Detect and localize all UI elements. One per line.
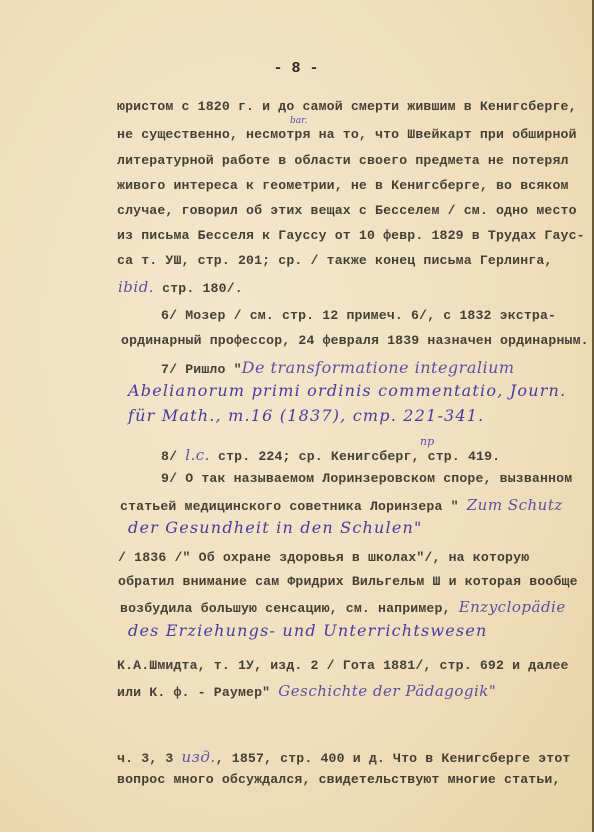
footnote-6-line-1: 6/ Мозер / см. стр. 12 примеч. 6/, с 183… bbox=[161, 308, 556, 323]
line-text: возбудила большую сенсацию, см. например… bbox=[120, 601, 459, 616]
line-text: статьей медицинского советника Лоринзера… bbox=[120, 499, 467, 514]
handwritten-title: Zum Schutz bbox=[467, 496, 563, 514]
footnote-7-line-1: 7/ Ришло "De transformatione integralium bbox=[161, 358, 515, 377]
handwritten-title: Geschichte der Pädagogik" bbox=[278, 682, 496, 700]
footnote-6-line-2: ординарный профессор, 24 февраля 1839 на… bbox=[121, 333, 589, 348]
text-line-2: не существенно, несмотря на то, что Швей… bbox=[117, 127, 577, 142]
footnote-9-line-8: К.А.Шмидта, т. 1У, изд. 2 / Гота 1881/, … bbox=[117, 658, 569, 673]
handwritten-edition: изд. bbox=[182, 748, 216, 766]
line-text: стр. 180/. bbox=[154, 281, 243, 296]
footnote-7-line-3: für Math., т.16 (1837), стр. 221-341. bbox=[128, 406, 484, 425]
text-line-1: юристом с 1820 г. и до самой смерти живш… bbox=[117, 99, 577, 114]
footnote-9-line-7: des Erziehungs- und Unterrichtswesen bbox=[128, 621, 488, 640]
handwritten-annotation: bar. bbox=[290, 116, 307, 126]
footnote-8: 8/ l.c. стр. 224; ср. Кенигсберг, стр. 4… bbox=[161, 446, 500, 464]
line-text: , 1857, стр. 400 и д. Что в Кенигсберге … bbox=[216, 751, 571, 766]
footnote-9-line-9: или К. ф. - Раумер" Geschichte der Pädag… bbox=[117, 682, 496, 700]
line-text: стр. 224; ср. Кенигсберг, стр. 419. bbox=[210, 449, 500, 464]
line-text: или К. ф. - Раумер" bbox=[117, 685, 278, 700]
footnote-9-line-5: обратил внимание сам Фридрих Вильгельм Ш… bbox=[118, 574, 578, 589]
text-line-5: случае, говорил об этих вещах с Бесселем… bbox=[117, 203, 577, 218]
text-line-8: ibid. стр. 180/. bbox=[118, 278, 243, 296]
footnote-9-line-11: вопрос много обсуждался, свидетельствуют… bbox=[117, 772, 561, 787]
text-line-3: литературной работе в области своего пре… bbox=[117, 153, 569, 168]
footnote-9-line-10: ч. 3, 3 изд., 1857, стр. 400 и д. Что в … bbox=[117, 748, 570, 766]
text-line-7: са т. УШ, стр. 201; ср. / также конец пи… bbox=[117, 253, 552, 268]
footnote-9-line-6: возбудила большую сенсацию, см. например… bbox=[120, 598, 566, 616]
document-page: - 8 - юристом с 1820 г. и до самой смерт… bbox=[0, 0, 594, 832]
footnote-9-line-4: / 1836 /" Об охране здоровья в школах"/,… bbox=[118, 550, 529, 565]
footnote-9-line-3: der Gesundheit in den Schulen" bbox=[128, 518, 423, 537]
handwritten-ibid: ibid. bbox=[118, 278, 154, 296]
line-text: 8/ bbox=[161, 449, 185, 464]
footnote-7-line-2: Abelianorum primi ordinis commentatio, J… bbox=[128, 381, 566, 400]
text-line-4: живого интереса к геометрии, не в Кенигс… bbox=[117, 178, 569, 193]
footnote-9-line-1: 9/ О так называемом Лоринзеровском споре… bbox=[161, 471, 572, 486]
handwritten-title: Enzyclopädie bbox=[459, 598, 566, 616]
footnote-9-line-2: статьей медицинского советника Лоринзера… bbox=[120, 496, 563, 514]
handwritten-title: De transformatione integralium bbox=[242, 358, 515, 377]
text-line-6: из письма Бесселя к Гауссу от 10 февр. 1… bbox=[117, 228, 585, 243]
line-text: ч. 3, 3 bbox=[117, 751, 182, 766]
handwritten-lc: l.c. bbox=[185, 446, 210, 464]
page-number: - 8 - bbox=[0, 60, 592, 77]
line-text: 7/ Ришло " bbox=[161, 362, 242, 377]
